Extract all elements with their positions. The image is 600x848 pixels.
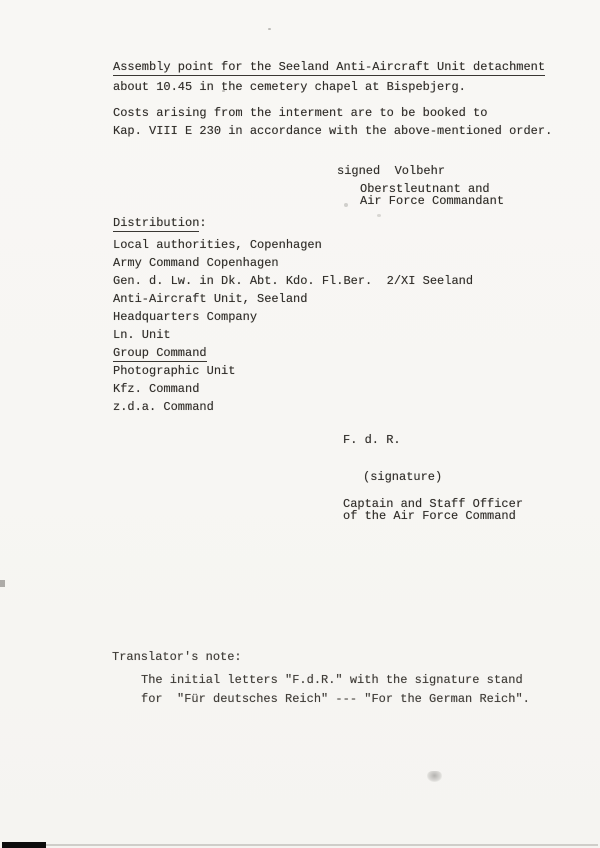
paper-speck: [377, 214, 381, 217]
distribution-item: Local authorities, Copenhagen: [113, 238, 322, 252]
ink-smudge-mark: [427, 771, 442, 782]
left-edge-scan-mark: [0, 580, 5, 587]
distribution-item: Kfz. Command: [113, 382, 199, 396]
costs-paragraph-line-1: Costs arising from the interment are to …: [113, 106, 487, 120]
group-command-text: Group Command: [113, 346, 207, 362]
distribution-item: Army Command Copenhagen: [113, 256, 279, 270]
distribution-heading-colon: :: [199, 216, 206, 230]
costs-paragraph-line-2: Kap. VIII E 230 in accordance with the a…: [113, 124, 552, 138]
bottom-left-scan-bar: [2, 842, 46, 848]
paper-speck: [344, 203, 348, 207]
distribution-item: z.d.a. Command: [113, 400, 214, 414]
translator-note-line-1: The initial letters "F.d.R." with the si…: [141, 673, 523, 687]
distribution-item-underlined: Group Command: [113, 346, 207, 360]
scanned-document-page: Assembly point for the Seeland Anti-Airc…: [0, 0, 600, 848]
signed-line: signed Volbehr: [337, 164, 445, 178]
distribution-item: Photographic Unit: [113, 364, 235, 378]
fdr-initials: F. d. R.: [343, 433, 401, 447]
signer-title-line: Air Force Commandant: [360, 194, 504, 208]
translator-note-line-2: for "Für deutsches Reich" --- "For the G…: [141, 692, 530, 706]
paper-speck: [222, 90, 225, 92]
document-heading-text: Assembly point for the Seeland Anti-Airc…: [113, 60, 545, 76]
paper-speck: [268, 28, 271, 30]
signature-placeholder: (signature): [363, 470, 442, 484]
distribution-heading: Distribution:: [113, 216, 207, 230]
distribution-item: Headquarters Company: [113, 310, 257, 324]
document-heading: Assembly point for the Seeland Anti-Airc…: [113, 60, 545, 74]
heading-continuation-line: about 10.45 in the cemetery chapel at Bi…: [113, 80, 466, 94]
distribution-item: Ln. Unit: [113, 328, 171, 342]
distribution-heading-text: Distribution: [113, 216, 199, 232]
distribution-item: Anti-Aircraft Unit, Seeland: [113, 292, 307, 306]
officer-title-line-2: of the Air Force Command: [343, 509, 516, 523]
translator-note-heading: Translator's note:: [112, 650, 242, 664]
bottom-edge-scan-line: [46, 844, 598, 846]
distribution-item: Gen. d. Lw. in Dk. Abt. Kdo. Fl.Ber. 2/X…: [113, 274, 473, 288]
